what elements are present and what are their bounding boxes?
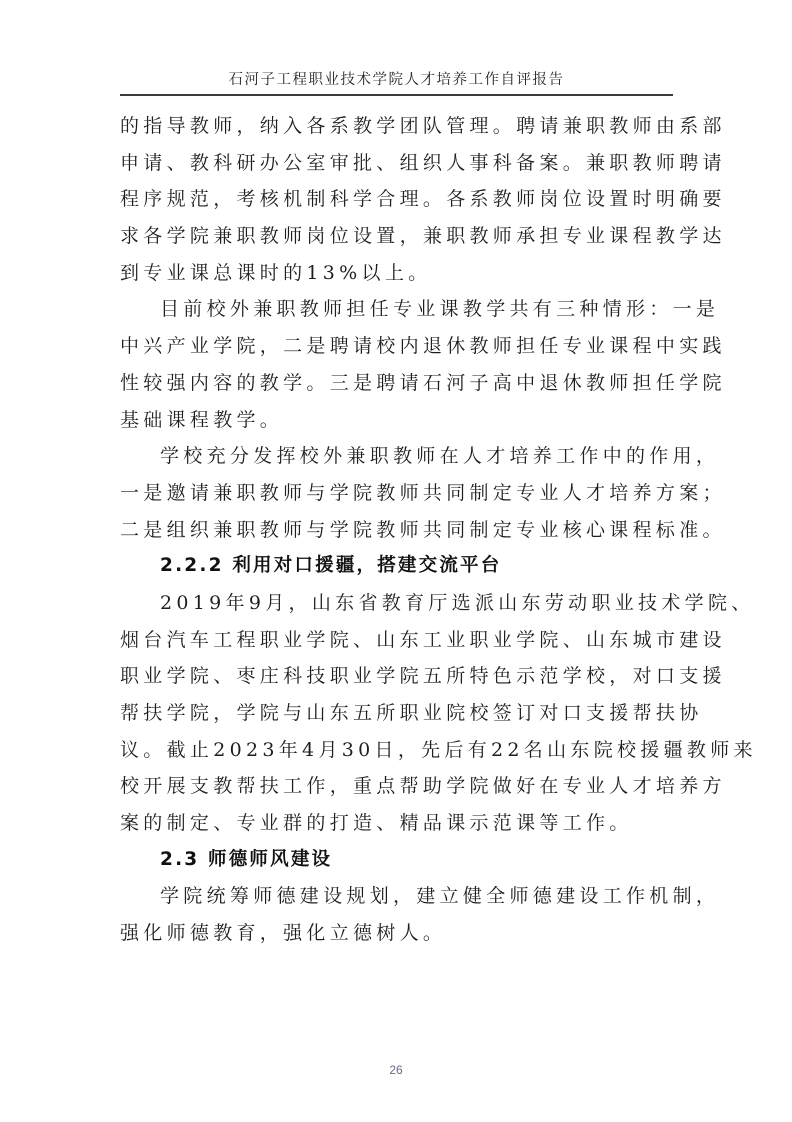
paragraph-line: 案的制定、专业群的打造、精品课示范课等工作。 [120, 805, 680, 842]
paragraph-line: 烟台汽车工程职业学院、山东工业职业学院、山东城市建设 [120, 622, 680, 659]
paragraph-line: 程序规范，考核机制科学合理。各系教师岗位设置时明确要 [120, 181, 680, 218]
paragraph-line: 职业学院、枣庄科技职业学院五所特色示范学校，对口支援 [120, 658, 680, 695]
document-body: 的指导教师，纳入各系教学团队管理。聘请兼职教师由系部 申请、教科研办公室审批、组… [120, 108, 680, 952]
paragraph-first-line: 学院统筹师德建设规划，建立健全师德建设工作机制， [120, 878, 680, 915]
paragraph-first-line: 目前校外兼职教师担任专业课教学共有三种情形：一是 [120, 291, 680, 328]
paragraph-first-line: 学校充分发挥校外兼职教师在人才培养工作中的作用， [120, 438, 680, 475]
paragraph-line: 议。截止2023年4月30日，先后有22名山东院校援疆教师来 [120, 732, 680, 769]
page-number: 26 [0, 1063, 792, 1077]
paragraph-line: 中兴产业学院，二是聘请校内退休教师担任专业课程中实践 [120, 328, 680, 365]
paragraph-line: 的指导教师，纳入各系教学团队管理。聘请兼职教师由系部 [120, 108, 680, 145]
paragraph-line: 性较强内容的教学。三是聘请石河子高中退休教师担任学院 [120, 365, 680, 402]
paragraph-line: 一是邀请兼职教师与学院教师共同制定专业人才培养方案； [120, 475, 680, 512]
paragraph-line: 基础课程教学。 [120, 402, 680, 439]
paragraph-line: 帮扶学院，学院与山东五所职业院校签订对口支援帮扶协 [120, 695, 680, 732]
paragraph-line: 到专业课总课时的13%以上。 [120, 255, 680, 292]
paragraph-line: 校开展支教帮扶工作，重点帮助学院做好在专业人才培养方 [120, 768, 680, 805]
paragraph-line: 强化师德教育，强化立德树人。 [120, 915, 680, 952]
paragraph-line: 申请、教科研办公室审批、组织人事科备案。兼职教师聘请 [120, 145, 680, 182]
paragraph-first-line: 2019年9月，山东省教育厅选派山东劳动职业技术学院、 [120, 585, 680, 622]
header-divider [120, 94, 673, 96]
section-heading-2-3: 2.3 师德师风建设 [120, 842, 680, 879]
paragraph-line: 求各学院兼职教师岗位设置，兼职教师承担专业课程教学达 [120, 218, 680, 255]
paragraph-line: 二是组织兼职教师与学院教师共同制定专业核心课程标准。 [120, 512, 680, 549]
section-heading-2-2-2: 2.2.2 利用对口援疆，搭建交流平台 [120, 548, 680, 585]
running-header: 石河子工程职业技术学院人才培养工作自评报告 [120, 68, 673, 89]
